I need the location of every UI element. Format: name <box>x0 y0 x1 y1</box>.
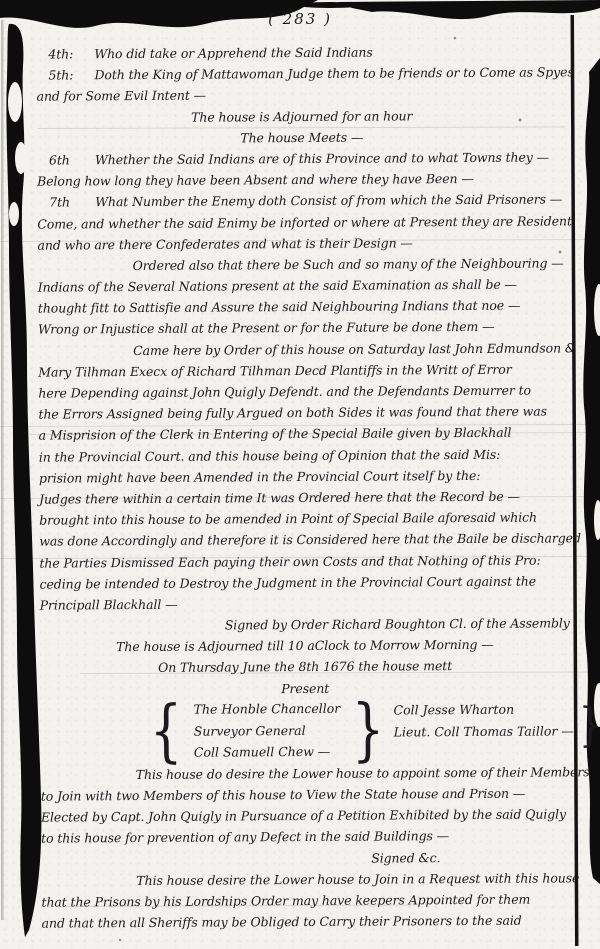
manuscript-line: Elected by Capt. John Quigly in Pursuanc… <box>41 804 571 828</box>
line-text: Principall Blackhall — <box>40 597 178 613</box>
line-text: The house Meets — <box>240 129 363 145</box>
line-text: the Errors Assigned being fully Argued o… <box>38 404 546 422</box>
line-text: and that then all Sheriffs may be Oblige… <box>42 913 522 931</box>
right-brace: } <box>579 697 600 751</box>
line-text: in the Provincial Court. and this house … <box>39 446 501 464</box>
attendee: Lieut. Coll Thomas Taillor — <box>394 721 572 742</box>
manuscript-line: in the Provincial Court. and this house … <box>39 443 569 467</box>
middle-brace: } <box>352 698 385 762</box>
line-text: thought fitt to Sattisfie and Assure the… <box>38 298 521 316</box>
attendance-left-column: The Honble Chancellor Surveyor General C… <box>194 699 341 764</box>
question-number: 4th: <box>36 43 94 65</box>
line-text: was done Accordingly and therefore it is… <box>39 531 581 549</box>
manuscript-line: 6thWhether the Said Indians are of this … <box>37 146 567 170</box>
line-text: Whether the Said Indians are of this Pro… <box>95 149 549 167</box>
manuscript-line: and that then all Sheriffs may be Oblige… <box>42 909 572 933</box>
left-brace: { <box>150 700 183 764</box>
line-text: Indians of the Several Nations present a… <box>38 277 517 295</box>
line-text: here Depending against John Quigly Defen… <box>38 383 531 401</box>
question-number: 6th <box>37 149 95 171</box>
line-text: Mary Tilhman Execx of Richard Tilhman De… <box>38 362 511 380</box>
line-text: Signed by Order Richard Boughton Cl. of … <box>225 615 570 632</box>
line-text: Came here by Order of this house on Satu… <box>133 340 576 358</box>
line-text: that the Prisons by his Lordships Order … <box>41 892 530 910</box>
manuscript-line: Wrong or Injustice shall at the Present … <box>38 316 568 340</box>
manuscript-line: 5th:Doth the King of Mattawoman Judge th… <box>36 62 566 86</box>
line-text: Wrong or Injustice shall at the Present … <box>38 319 495 337</box>
manuscript-line: Came here by Order of this house on Satu… <box>38 337 568 361</box>
line-text: Judges there within a certain time It wa… <box>39 489 520 507</box>
line-text: On Thursday June the 8th 1676 the house … <box>158 659 452 676</box>
question-number: 7th <box>37 192 95 214</box>
line-text: to this house for prevention of any Defe… <box>41 828 449 845</box>
manuscript-line: 7thWhat Number the Enemy doth Consist of… <box>37 189 567 213</box>
manuscript-lines-bottom: This house do desire the Lower house to … <box>41 761 572 934</box>
page-number: ( 283 ) <box>0 10 600 28</box>
line-text: Elected by Capt. John Quigly in Pursuanc… <box>41 807 566 825</box>
line-text: the Parties Dismissed Each paying their … <box>39 552 540 570</box>
line-text: The house is Adjourned for an hour <box>191 108 412 124</box>
attendance-block: { The Honble Chancellor Surveyor General… <box>144 697 570 764</box>
line-text: and for Some Evil Intent — <box>37 88 206 104</box>
manuscript-content: 4th:Who did take or Apprehend the Said I… <box>36 0 572 934</box>
manuscript-line: a Misprision of the Clerk in Entering of… <box>39 422 569 446</box>
manuscript-line: was done Accordingly and therefore it is… <box>39 528 569 552</box>
line-text: Belong how long they have been Absent an… <box>37 171 474 189</box>
line-text: Present <box>281 680 329 695</box>
manuscript-lines-top: 4th:Who did take or Apprehend the Said I… <box>36 40 570 700</box>
attendee: Coll Samuell Chew — <box>194 742 341 763</box>
manuscript-line: the Parties Dismissed Each paying their … <box>39 549 569 573</box>
question-number: 5th: <box>36 64 94 86</box>
line-text: ceding be intended to Destroy the Judgme… <box>40 573 537 591</box>
right-scan-streak <box>571 15 600 946</box>
line-text: This house desire the Lower house to Joi… <box>136 870 579 888</box>
line-text: The house is Adjourned till 10 aClock to… <box>116 637 494 654</box>
line-text: brought into this house to be amended in… <box>39 510 537 528</box>
line-text: to Join with two Members of this house t… <box>41 786 525 804</box>
left-scan-streak <box>1 20 41 937</box>
line-text: Ordered also that there be Such and so m… <box>133 255 564 273</box>
line-text: Signed &c. <box>371 850 440 865</box>
attendee: Surveyor General <box>194 721 341 742</box>
line-text: a Misprision of the Clerk in Entering of… <box>39 425 512 443</box>
line-text: Doth the King of Mattawoman Judge them t… <box>94 65 573 83</box>
line-text: Come, and whether the said Enimy be info… <box>37 213 572 231</box>
manuscript-line: The house is Adjourned till 10 aClock to… <box>40 634 570 658</box>
manuscript-line: ceding be intended to Destroy the Judgme… <box>39 570 569 594</box>
line-text: Who did take or Apprehend the Said India… <box>94 45 372 62</box>
attendee: Coll Jesse Wharton <box>393 699 571 720</box>
line-text: and who are there Confederates and what … <box>37 235 412 252</box>
manuscript-page: ( 283 ) 4th:Who did take or Apprehend th… <box>0 0 600 949</box>
manuscript-line: Come, and whether the said Enimy be info… <box>37 210 567 234</box>
line-text: What Number the Enemy doth Consist of fr… <box>95 192 562 210</box>
attendance-right-column: Coll Jesse Wharton Lieut. Coll Thomas Ta… <box>393 697 571 762</box>
line-text: prision might have been Amended in the P… <box>39 468 481 486</box>
attendee: The Honble Chancellor <box>194 699 341 720</box>
